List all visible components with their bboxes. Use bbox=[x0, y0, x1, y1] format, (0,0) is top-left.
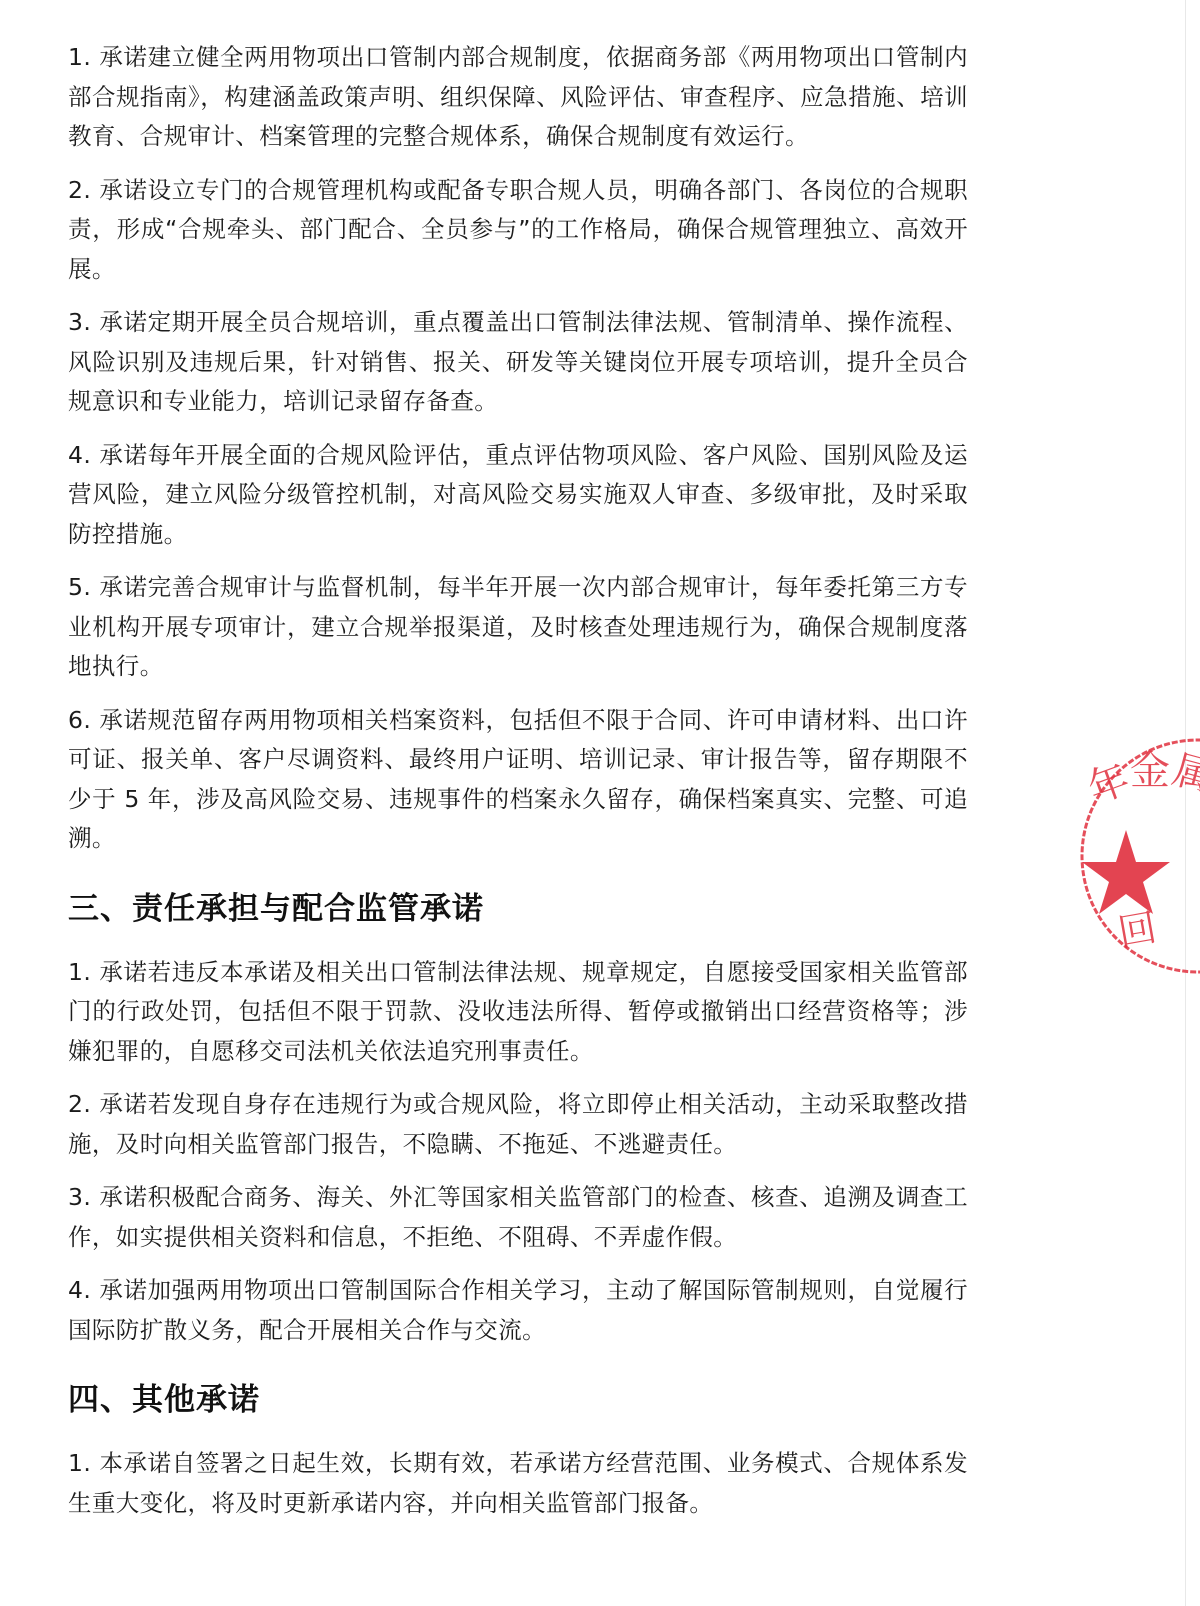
star-icon bbox=[1082, 830, 1170, 914]
seal-text: 年 金 属 回 bbox=[1082, 747, 1200, 955]
section-four-heading: 四、其他承诺 bbox=[68, 1380, 968, 1420]
section-three-heading: 三、责任承担与配合监管承诺 bbox=[68, 889, 968, 929]
section-two-item-6: 6. 承诺规范留存两用物项相关档案资料，包括但不限于合同、许可申请材料、出口许可… bbox=[68, 701, 968, 859]
section-three-item-3: 3. 承诺积极配合商务、海关、外汇等国家相关监管部门的检查、核查、追溯及调查工作… bbox=[68, 1178, 968, 1257]
seal-char-partial: 回 bbox=[1115, 905, 1160, 955]
section-two-item-1: 1. 承诺建立健全两用物项出口管制内部合规制度，依据商务部《两用物项出口管制内部… bbox=[68, 38, 968, 157]
seal-char-2: 金 bbox=[1130, 748, 1170, 794]
section-three-item-4: 4. 承诺加强两用物项出口管制国际合作相关学习，主动了解国际管制规则，自觉履行国… bbox=[68, 1271, 968, 1350]
document-body: 1. 承诺建立健全两用物项出口管制内部合规制度，依据商务部《两用物项出口管制内部… bbox=[68, 38, 968, 1537]
section-three-item-2: 2. 承诺若发现自身存在违规行为或合规风险，将立即停止相关活动，主动采取整改措施… bbox=[68, 1085, 968, 1164]
section-two-item-3: 3. 承诺定期开展全员合规培训，重点覆盖出口管制法律法规、管制清单、操作流程、风… bbox=[68, 303, 968, 422]
seal-char-3: 属 bbox=[1168, 747, 1200, 802]
company-seal: 年 金 属 回 bbox=[1078, 738, 1200, 978]
document-page: 1. 承诺建立健全两用物项出口管制内部合规制度，依据商务部《两用物项出口管制内部… bbox=[0, 0, 1200, 1606]
section-four-item-1: 1. 本承诺自签署之日起生效，长期有效，若承诺方经营范围、业务模式、合规体系发生… bbox=[68, 1444, 968, 1523]
section-three-item-1: 1. 承诺若违反本承诺及相关出口管制法律法规、规章规定，自愿接受国家相关监管部门… bbox=[68, 953, 968, 1072]
section-two-item-5: 5. 承诺完善合规审计与监督机制，每半年开展一次内部合规审计，每年委托第三方专业… bbox=[68, 568, 968, 687]
section-two-item-2: 2. 承诺设立专门的合规管理机构或配备专职合规人员，明确各部门、各岗位的合规职责… bbox=[68, 171, 968, 290]
section-two-item-4: 4. 承诺每年开展全面的合规风险评估，重点评估物项风险、客户风险、国别风险及运营… bbox=[68, 436, 968, 555]
